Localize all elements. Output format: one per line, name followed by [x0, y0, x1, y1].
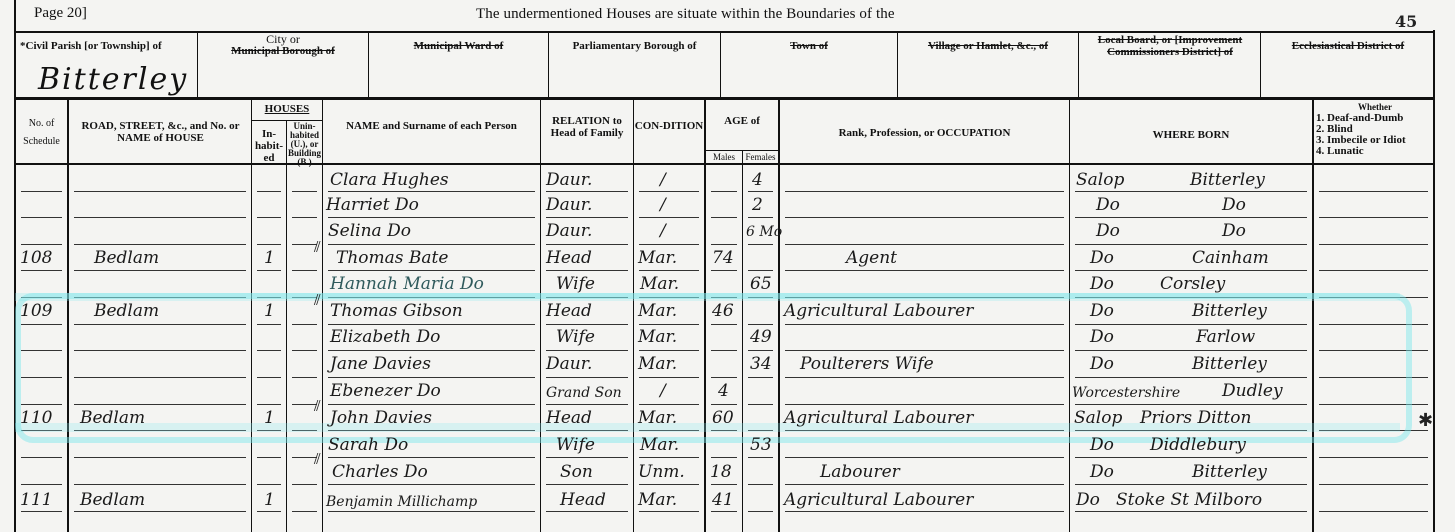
- row-rule: [546, 484, 628, 485]
- row-rule: [292, 511, 317, 512]
- checkmark-icon: ⫽: [314, 397, 321, 415]
- row-rule: [21, 191, 62, 192]
- row-rule: [639, 350, 699, 351]
- row-rule: [292, 350, 317, 351]
- row-rule: [748, 404, 773, 405]
- inhabited-count: 1: [264, 408, 275, 428]
- condition: /: [660, 221, 666, 241]
- row-rule: [546, 404, 628, 405]
- row-rule: [1075, 377, 1307, 378]
- born-county: Do: [1090, 301, 1114, 321]
- header-condition: CON-DITION: [634, 120, 704, 132]
- occupation: Agricultural Labourer: [784, 408, 973, 428]
- row-rule: [21, 350, 62, 351]
- house-name: Bedlam: [94, 248, 159, 268]
- relation: Wife: [556, 435, 595, 455]
- inhabited-count: 1: [264, 301, 275, 321]
- highlight-band-top: [15, 293, 1400, 301]
- relation: Head: [546, 408, 592, 428]
- row-rule: [257, 244, 281, 245]
- col-divider: [67, 100, 69, 532]
- row-rule: [639, 324, 699, 325]
- row-rule: [711, 324, 737, 325]
- occupation: Agent: [846, 248, 897, 268]
- row-rule: [21, 377, 62, 378]
- row-rule: [328, 404, 535, 405]
- row-rule: [257, 484, 281, 485]
- row-rule: [1075, 270, 1307, 271]
- row-rule: [546, 217, 628, 218]
- row-rule: [748, 457, 773, 458]
- row-rule: [292, 270, 317, 271]
- relation: Head: [546, 248, 592, 268]
- schedule-number: 108: [20, 248, 52, 268]
- row-rule: [546, 270, 628, 271]
- age-subrule: [705, 150, 778, 151]
- born-county: Salop: [1076, 170, 1124, 190]
- row-rule: [257, 377, 281, 378]
- town-label: Town of: [721, 40, 897, 102]
- relation: Son: [560, 462, 593, 482]
- row-rule: [328, 377, 535, 378]
- relation: Daur.: [546, 170, 592, 190]
- person-name: Hannah Maria Do: [330, 274, 484, 294]
- row-rule: [639, 457, 699, 458]
- house-name: Bedlam: [94, 301, 159, 321]
- row-rule: [21, 270, 62, 271]
- row-rule: [711, 244, 737, 245]
- relation: Daur.: [546, 195, 592, 215]
- row-rule: [257, 511, 281, 512]
- col-divider: [1069, 100, 1070, 532]
- condition: Unm.: [638, 462, 685, 482]
- row-rule: [1075, 457, 1307, 458]
- row-rule: [21, 217, 62, 218]
- row-rule: [546, 511, 628, 512]
- header-females: Females: [743, 153, 778, 162]
- row-rule: [1319, 217, 1428, 218]
- person-name: Benjamin Millichamp: [326, 492, 477, 512]
- header-relation: RELATION to Head of Family: [541, 115, 633, 139]
- born-place: Bitterley: [1192, 301, 1267, 321]
- row-rule: [711, 484, 737, 485]
- relation: Daur.: [546, 221, 592, 241]
- condition: Mar.: [640, 274, 679, 294]
- row-rule: [711, 350, 737, 351]
- row-rule: [1319, 244, 1428, 245]
- born-place: Do: [1222, 221, 1246, 241]
- row-rule: [748, 270, 773, 271]
- row-rule: [639, 404, 699, 405]
- person-name: John Davies: [330, 408, 432, 428]
- occupation: Agricultural Labourer: [784, 490, 973, 510]
- person-name: Charles Do: [332, 462, 428, 482]
- condition: /: [660, 381, 666, 401]
- checkmark-icon: ⫽: [314, 238, 321, 256]
- condition: /: [660, 195, 666, 215]
- house-name: Bedlam: [80, 490, 145, 510]
- born-county: Do: [1090, 248, 1114, 268]
- divider: [1078, 33, 1079, 97]
- row-rule: [785, 270, 1064, 271]
- row-rule: [328, 457, 535, 458]
- row-rule: [1075, 404, 1307, 405]
- born-place: Diddlebury: [1150, 435, 1246, 455]
- row-rule: [711, 377, 737, 378]
- row-rule: [1075, 324, 1307, 325]
- row-rule: [21, 324, 62, 325]
- condition: Mar.: [638, 354, 677, 374]
- person-name: Thomas Bate: [336, 248, 448, 268]
- female-age: 2: [752, 195, 763, 215]
- row-rule: [328, 270, 535, 271]
- row-rule: [546, 457, 628, 458]
- row-rule: [748, 511, 773, 512]
- header-infirmity: Whether 1. Deaf-and-Dumb 2. Blind 3. Imb…: [1316, 102, 1434, 157]
- row-rule: [328, 244, 535, 245]
- row-rule: [785, 457, 1064, 458]
- parliamentary-borough-label: Parliamentary Borough of: [549, 40, 720, 102]
- col-divider: [633, 100, 634, 532]
- schedule-number: 110: [20, 408, 52, 428]
- row-rule: [21, 511, 62, 512]
- condition: Mar.: [638, 327, 677, 347]
- male-age: 46: [712, 301, 734, 321]
- row-rule: [328, 324, 535, 325]
- row-rule: [785, 244, 1064, 245]
- row-rule: [1075, 511, 1307, 512]
- born-county: Do: [1096, 195, 1120, 215]
- born-county: Worcestershire: [1072, 383, 1180, 403]
- condition: Mar.: [638, 490, 677, 510]
- inhabited-count: 1: [264, 248, 275, 268]
- born-county: Do: [1090, 327, 1114, 347]
- person-name: Jane Davies: [330, 354, 431, 374]
- col-divider: [742, 150, 743, 532]
- row-rule: [1319, 191, 1428, 192]
- schedule-number: 109: [20, 301, 52, 321]
- relation: Head: [560, 490, 606, 510]
- row-rule: [1319, 484, 1428, 485]
- born-place: Corsley: [1160, 274, 1225, 294]
- row-rule: [74, 404, 246, 405]
- row-rule: [639, 244, 699, 245]
- row-rule: [21, 457, 62, 458]
- row-rule: [257, 404, 281, 405]
- person-name: Selina Do: [328, 221, 411, 241]
- row-rule: [785, 217, 1064, 218]
- born-county: Do: [1096, 221, 1120, 241]
- city-label: City or Municipal Borough of: [198, 33, 368, 95]
- male-age: 74: [712, 248, 734, 268]
- person-name: Elizabeth Do: [330, 327, 440, 347]
- header-uninhabited: Unin-habited (U.), or Building (B.): [287, 122, 322, 167]
- row-rule: [711, 511, 737, 512]
- house-name: Bedlam: [80, 408, 145, 428]
- born-county: Do: [1090, 354, 1114, 374]
- row-rule: [74, 377, 246, 378]
- condition: Mar.: [640, 435, 679, 455]
- row-rule: [74, 484, 246, 485]
- row-rule: [785, 191, 1064, 192]
- relation: Wife: [556, 327, 595, 347]
- row-rule: [1075, 484, 1307, 485]
- person-name: Ebenezer Do: [330, 381, 441, 401]
- row-rule: [74, 350, 246, 351]
- row-rule: [292, 324, 317, 325]
- male-age: 60: [712, 408, 734, 428]
- row-rule: [639, 270, 699, 271]
- col-divider: [540, 100, 541, 532]
- row-rule: [639, 511, 699, 512]
- col-divider: [251, 100, 252, 532]
- header-inhabited: In-habit-ed: [252, 128, 286, 164]
- row-rule: [292, 191, 317, 192]
- header-age: AGE of: [706, 115, 778, 127]
- row-rule: [292, 484, 317, 485]
- row-rule: [639, 377, 699, 378]
- row-rule: [292, 377, 317, 378]
- row-rule: [748, 484, 773, 485]
- born-place: Bitterley: [1190, 170, 1265, 190]
- row-rule: [639, 484, 699, 485]
- row-rule: [748, 324, 773, 325]
- header-where-born: WHERE BORN: [1070, 129, 1312, 141]
- row-rule: [328, 217, 535, 218]
- row-rule: [639, 217, 699, 218]
- born-place: Bitterley: [1192, 354, 1267, 374]
- row-rule: [785, 324, 1064, 325]
- row-rule: [257, 217, 281, 218]
- born-county: Salop: [1074, 408, 1122, 428]
- born-county: Do: [1090, 274, 1114, 294]
- male-age: 41: [712, 490, 734, 510]
- row-rule: [1319, 350, 1428, 351]
- born-county: Do: [1076, 490, 1100, 510]
- occupation: Poulterers Wife: [800, 354, 934, 374]
- born-place: Do: [1222, 195, 1246, 215]
- col-divider: [778, 100, 780, 532]
- row-rule: [785, 350, 1064, 351]
- row-rule: [74, 244, 246, 245]
- female-age: 34: [750, 354, 772, 374]
- row-rule: [748, 377, 773, 378]
- row-rule: [546, 191, 628, 192]
- header-bottom-rule: [14, 163, 1434, 165]
- row-rule: [785, 511, 1064, 512]
- header-males: Males: [706, 153, 742, 162]
- person-name: Thomas Gibson: [330, 301, 463, 321]
- male-age: 18: [710, 462, 732, 482]
- ecclesiastical-district-label: Ecclesiastical District of: [1262, 40, 1434, 102]
- checkmark-icon: ⫽: [314, 450, 321, 468]
- born-place: Priors Ditton: [1140, 408, 1251, 428]
- occupation: Agricultural Labourer: [784, 301, 973, 321]
- row-rule: [546, 324, 628, 325]
- row-rule: [546, 377, 628, 378]
- header-name: NAME and Surname of each Person: [323, 120, 540, 132]
- row-rule: [748, 217, 773, 218]
- row-rule: [21, 244, 62, 245]
- row-rule: [1319, 270, 1428, 271]
- born-county: Do: [1090, 435, 1114, 455]
- born-place: Bitterley: [1192, 462, 1267, 482]
- female-age: 65: [750, 274, 772, 294]
- born-place: Cainham: [1192, 248, 1269, 268]
- row-rule: [328, 350, 535, 351]
- divider: [1260, 33, 1261, 97]
- row-rule: [785, 377, 1064, 378]
- row-rule: [1075, 244, 1307, 245]
- row-rule: [711, 404, 737, 405]
- col-divider: [286, 120, 287, 532]
- page-number: Page 20]: [34, 5, 87, 22]
- row-rule: [1075, 350, 1307, 351]
- row-rule: [1319, 404, 1428, 405]
- row-rule: [711, 457, 737, 458]
- born-place: Dudley: [1222, 381, 1283, 401]
- born-place: Stoke St Milboro: [1116, 490, 1262, 510]
- relation: Grand Son: [546, 383, 622, 403]
- row-rule: [785, 484, 1064, 485]
- row-rule: [74, 217, 246, 218]
- header-schedule: No. of Schedule: [16, 115, 67, 151]
- person-name: Clara Hughes: [330, 170, 449, 190]
- census-page: Page 20] The undermentioned Houses are s…: [0, 0, 1455, 532]
- municipal-ward-label: Municipal Ward of: [369, 40, 548, 102]
- local-board-label: Local Board, or [Improvement Commissione…: [1080, 34, 1260, 96]
- header-houses: HOUSES: [252, 103, 322, 115]
- relation: Daur.: [546, 354, 592, 374]
- inhabited-count: 1: [264, 490, 275, 510]
- ink-blot-icon: ✱: [1418, 410, 1433, 431]
- row-rule: [328, 191, 535, 192]
- relation: Wife: [556, 274, 595, 294]
- row-rule: [257, 457, 281, 458]
- male-age: 4: [718, 381, 729, 401]
- row-rule: [546, 350, 628, 351]
- row-rule: [257, 350, 281, 351]
- row-rule: [1319, 324, 1428, 325]
- row-rule: [74, 457, 246, 458]
- born-place: Farlow: [1196, 327, 1255, 347]
- col-divider: [1312, 100, 1314, 532]
- occupation: Labourer: [820, 462, 900, 482]
- civil-parish-value: Bitterley: [38, 62, 188, 97]
- row-rule: [257, 191, 281, 192]
- condition: /: [660, 170, 666, 190]
- row-rule: [546, 244, 628, 245]
- row-rule: [639, 191, 699, 192]
- checkmark-icon: ⫽: [314, 291, 321, 309]
- header-road: ROAD, STREET, &c., and No. or NAME of HO…: [70, 120, 251, 144]
- condition: Mar.: [638, 408, 677, 428]
- row-rule: [711, 217, 737, 218]
- row-rule: [74, 270, 246, 271]
- row-rule: [1319, 511, 1428, 512]
- condition: Mar.: [638, 248, 677, 268]
- row-rule: [257, 270, 281, 271]
- person-name: Harriet Do: [326, 195, 419, 215]
- row-rule: [21, 404, 62, 405]
- condition: Mar.: [638, 301, 677, 321]
- col-divider: [704, 100, 706, 532]
- row-rule: [74, 324, 246, 325]
- row-rule: [1319, 457, 1428, 458]
- schedule-number: 111: [20, 490, 52, 510]
- row-rule: [748, 191, 773, 192]
- female-age: 49: [750, 327, 772, 347]
- row-rule: [711, 191, 737, 192]
- row-rule: [21, 484, 62, 485]
- col-divider: [322, 100, 323, 532]
- row-rule: [74, 511, 246, 512]
- female-age: 6 Mo: [746, 222, 782, 242]
- row-rule: [328, 484, 535, 485]
- row-rule: [748, 350, 773, 351]
- row-rule: [74, 191, 246, 192]
- row-rule: [1075, 217, 1307, 218]
- row-rule: [711, 270, 737, 271]
- page-heading: The undermentioned Houses are situate wi…: [476, 6, 895, 23]
- row-rule: [785, 404, 1064, 405]
- row-rule: [257, 324, 281, 325]
- born-county: Do: [1090, 462, 1114, 482]
- female-age: 4: [752, 170, 763, 190]
- row-rule: [1075, 191, 1307, 192]
- village-label: Village or Hamlet, &c., of: [898, 40, 1078, 102]
- relation: Head: [546, 301, 592, 321]
- row-rule: [1319, 377, 1428, 378]
- header-occupation: Rank, Profession, or OCCUPATION: [780, 127, 1069, 139]
- row-rule: [748, 244, 773, 245]
- person-name: Sarah Do: [328, 435, 408, 455]
- row-rule: [292, 217, 317, 218]
- female-age: 53: [750, 435, 772, 455]
